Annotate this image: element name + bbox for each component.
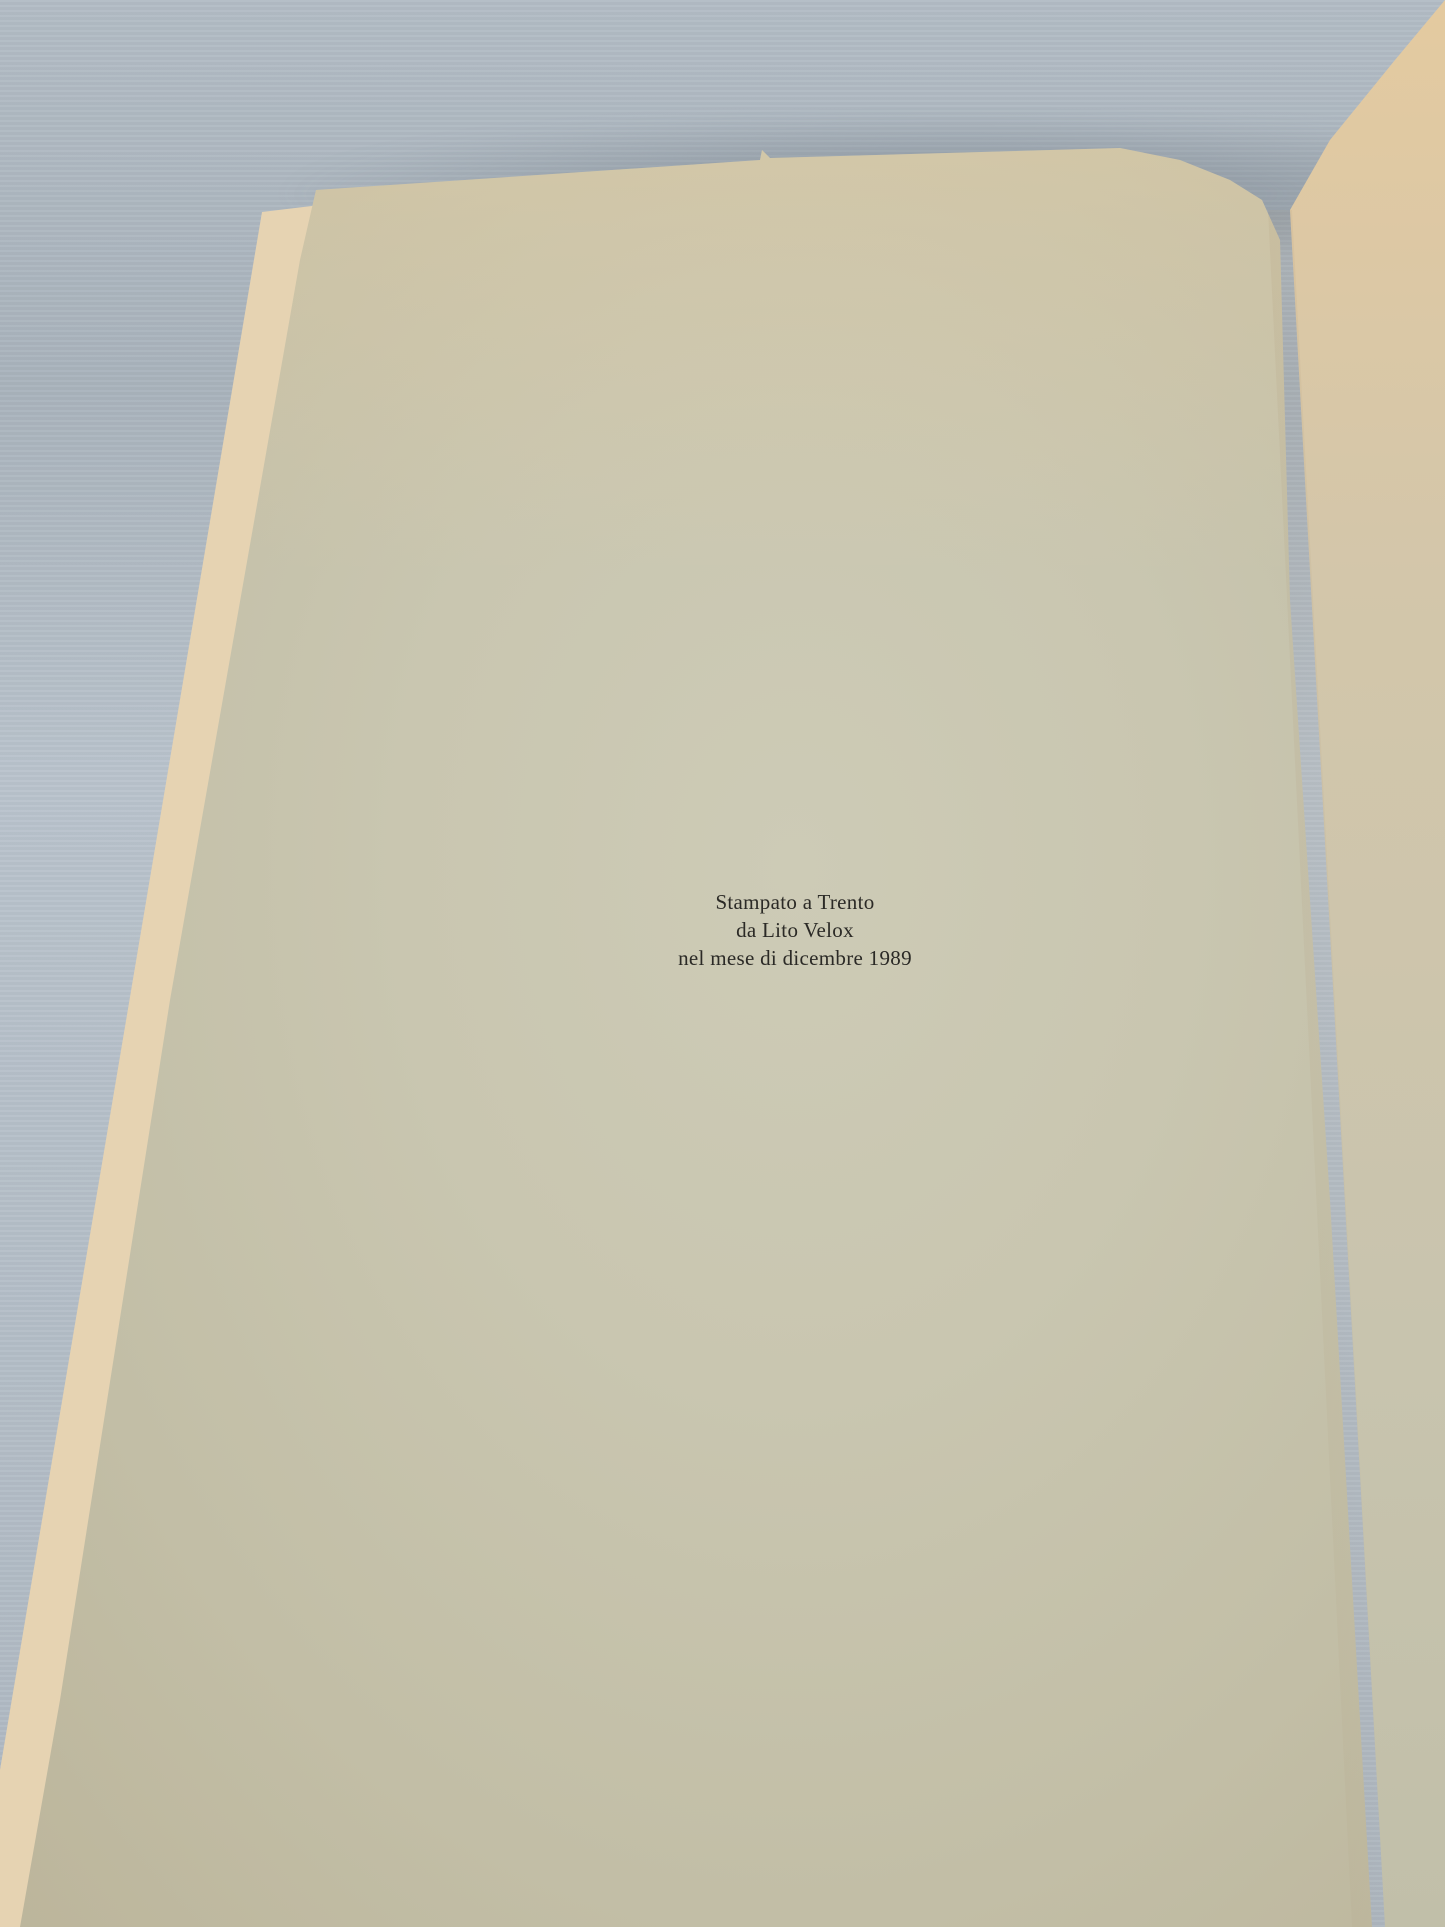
colophon-line-printed-in: Stampato a Trento	[600, 888, 990, 916]
colophon-line-date: nel mese di dicembre 1989	[600, 944, 990, 972]
colophon-text: Stampato a Trento da Lito Velox nel mese…	[600, 888, 990, 972]
colophon-line-printer: da Lito Velox	[600, 916, 990, 944]
